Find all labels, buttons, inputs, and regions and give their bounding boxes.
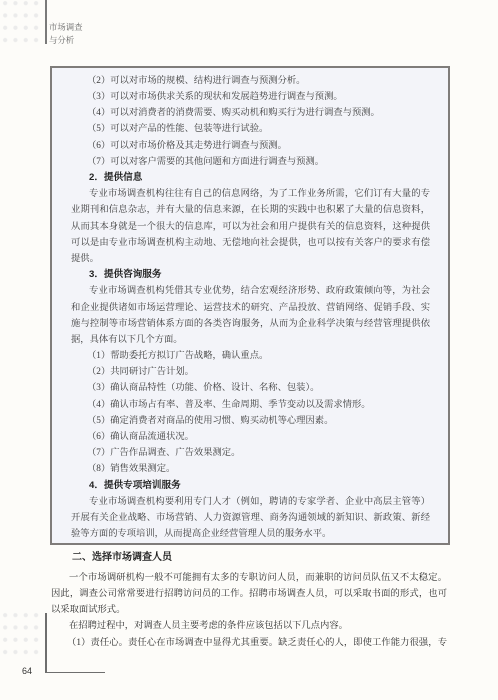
paragraph-line: 据，具体有以下几个方面。 (71, 332, 430, 348)
list-item: （4）确认市场占有率、普及率、生命周期、季节变动以及需求情形。 (71, 397, 430, 413)
paragraph-line: 业期刊和信息杂志，并有大量的信息来源，在长期的实践中也积累了大量的信息资料， (71, 202, 430, 218)
list-item: （7）可以对客户需要的其他问题和方面进行调查与预测。 (71, 154, 430, 170)
running-header-line2: 与分析 (49, 34, 83, 47)
section-heading: 4．提供专项培训服务 (71, 478, 430, 494)
list-item: （5）确定消费者对商品的使用习惯、购买动机等心理因素。 (71, 413, 430, 429)
list-item: （3）可以对市场供求关系的现状和发展趋势进行调查与预测。 (71, 89, 430, 105)
decorative-dot-pattern-top (0, 0, 41, 46)
paragraph-line: 验等方面的专项培训，从而提高企业经营管理人员的服务水平。 (71, 526, 430, 542)
list-item: （6）可以对市场价格及其走势进行调查与预测。 (71, 138, 430, 154)
decorative-dot-pattern-bottom (0, 609, 41, 658)
paragraph-line: 可以是由专业市场调查机构主动地、无偿地向社会提供，也可以按有关客户的要求有偿 (71, 235, 430, 251)
list-item: （2）可以对市场的规模、结构进行调查与预测分析。 (71, 73, 430, 89)
running-header-line1: 市场调查 (49, 21, 83, 34)
list-item: （5）可以对产品的性能、包装等进行试验。 (71, 121, 430, 137)
list-item: （7）广告作品调查、广告效果测定。 (71, 445, 430, 461)
running-header: 市场调查 与分析 (49, 21, 83, 47)
footer-rule-horizontal (45, 672, 105, 674)
list-item: （2）共同研讨广告计划。 (71, 364, 430, 380)
list-item: （8）销售效果测定。 (71, 461, 430, 477)
paragraph-line: 一个市场调研机构一般不可能拥有太多的专职访问人员，而兼职的访问员队伍又不太稳定。 (51, 570, 447, 586)
paragraph-line: 和企业提供诸如市场运营理论、运营技术的研究、产品投放、营销网络、促销手段、实 (71, 300, 430, 316)
paragraph-line: （1）责任心。责任心在市场调查中显得尤其重要。缺乏责任心的人，即使工作能力很强，… (51, 635, 447, 651)
paragraph-line: 提供。 (71, 251, 430, 267)
paragraph-line: 因此，调查公司常常要进行招聘访问员的工作。招聘市场调查人员，可以采取书面的形式，… (51, 586, 447, 602)
section-heading: 2．提供信息 (71, 170, 430, 186)
footer-rule-vertical (45, 613, 47, 673)
list-item: （1）帮助委托方拟订广告战略，确认重点。 (71, 348, 430, 364)
shaded-content-box: （2）可以对市场的规模、结构进行调查与预测分析。 （3）可以对市场供求关系的现状… (50, 66, 450, 545)
list-item: （6）确认商品流通状况。 (71, 429, 430, 445)
section-heading: 二、选择市场调查人员 (51, 550, 447, 566)
paragraph-line: 专业市场调查机构要利用专门人才（例如，聘请的专家学者、企业中高层主管等） (71, 494, 430, 510)
paragraph-line: 从而其本身就是一个很大的信息库，可以为社会和用户提供有关的信息资料，这种提供 (71, 219, 430, 235)
paragraph-line: 开展有关企业战略、市场营销、人力资源管理、商务沟通领域的新知识、新政策、新经 (71, 510, 430, 526)
list-item: （4）可以对消费者的消费需要、购买动机和购买行为进行调查与预测。 (71, 105, 430, 121)
header-rule (45, 0, 47, 44)
paragraph-line: 以采取面试形式。 (51, 602, 447, 618)
paragraph-line: 专业市场调查机构往往有自己的信息网络，为了工作业务所需，它们订有大量的专 (71, 186, 430, 202)
paragraph-line: 施与控制等市场营销体系方面的各类咨询服务，从而为企业科学决策与经营管理提供依 (71, 316, 430, 332)
section-heading: 3．提供咨询服务 (71, 267, 430, 283)
paragraph-line: 在招聘过程中，对调查人员主要考虑的条件应该包括以下几点内容。 (51, 618, 447, 634)
list-item: （3）确认商品特性（功能、价格、设计、名称、包装）。 (71, 380, 430, 396)
main-text: 二、选择市场调查人员 一个市场调研机构一般不可能拥有太多的专职访问人员，而兼职的… (51, 550, 447, 651)
paragraph-line: 专业市场调查机构凭借其专业优势，结合宏观经济形势、政府政策倾向等，为社会 (71, 283, 430, 299)
page-number: 64 (20, 665, 34, 677)
